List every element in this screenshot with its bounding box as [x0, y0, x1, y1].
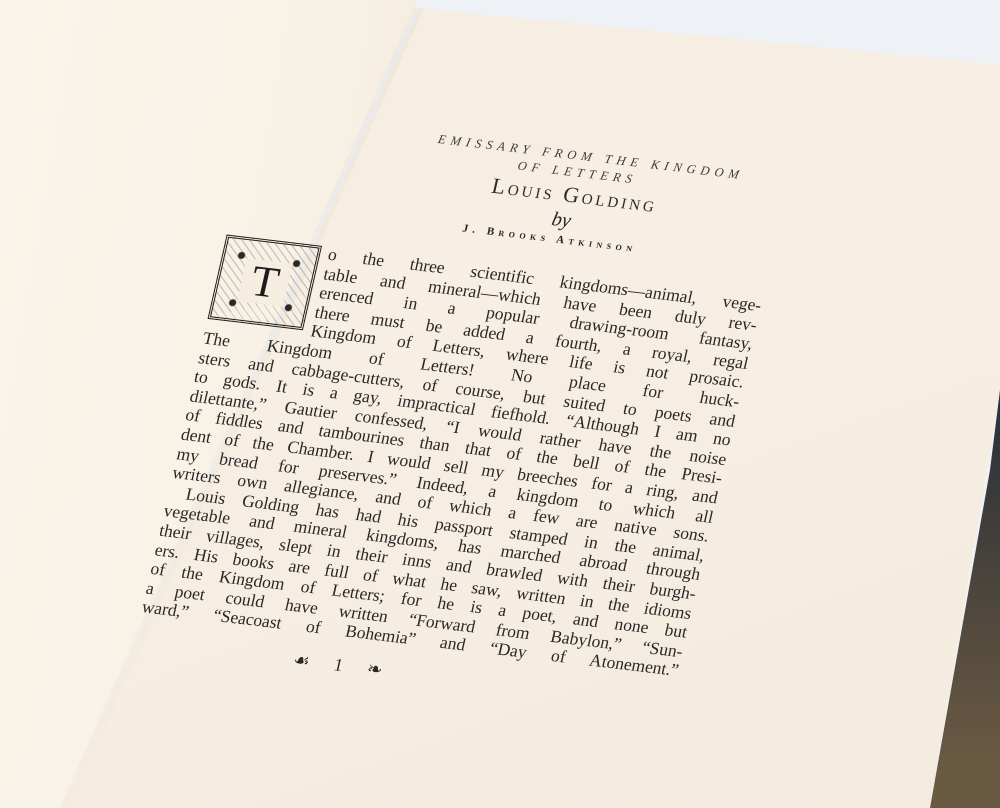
- book-photo: EMISSARY FROM THE KINGDOM OF LETTERS Lou…: [0, 0, 1000, 808]
- fleuron-right-icon: ❧: [365, 658, 394, 681]
- page-number-value: 1: [332, 654, 355, 676]
- fleuron-left-icon: ☙: [292, 650, 322, 673]
- body-paragraph: T o the three scientific kingdoms—animal…: [140, 233, 763, 681]
- ornamental-initial-icon: T: [208, 235, 322, 331]
- dropcap-letter: T: [247, 259, 284, 305]
